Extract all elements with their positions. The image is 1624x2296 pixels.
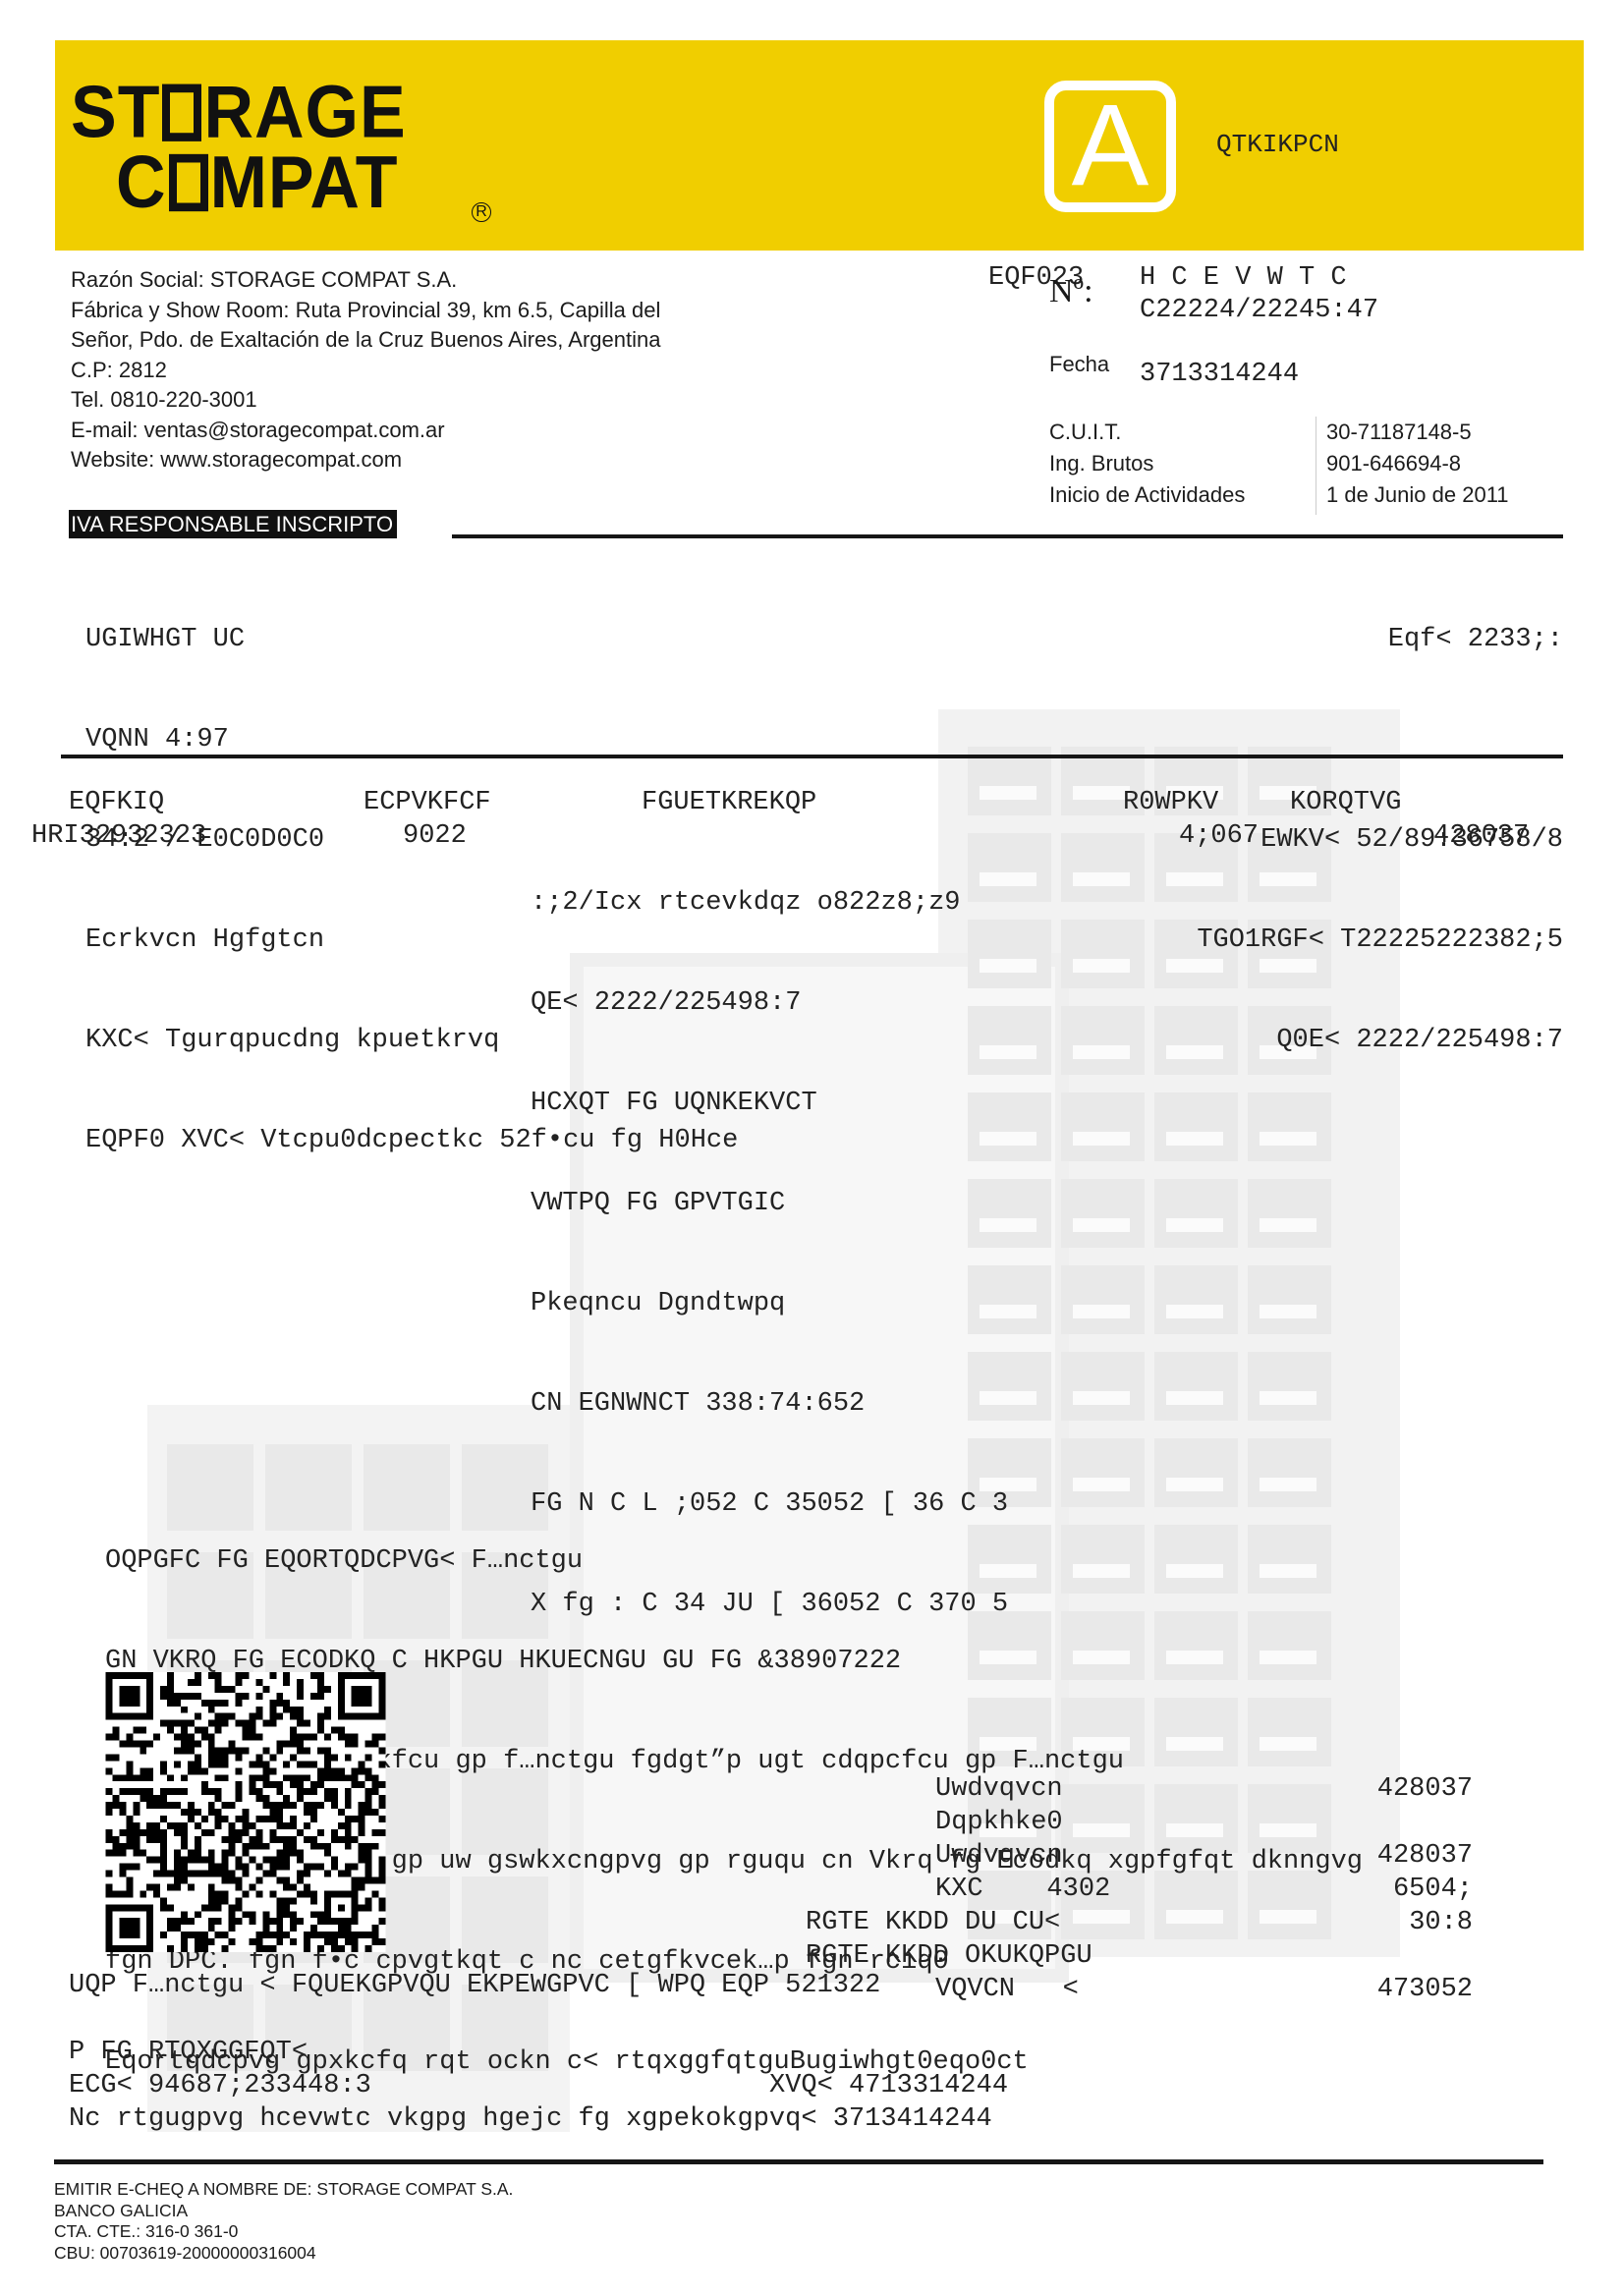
client-line: VQNN 4:97 xyxy=(85,723,738,756)
cae-due-date: XVQ< 4713314244 xyxy=(769,2069,1008,2102)
background-bin-label xyxy=(1073,959,1130,973)
amount-in-words: UQP F…nctgu < FQUEKGPVQU EKPEWGPVC [ WPQ… xyxy=(69,1969,880,2002)
company-website[interactable]: Website: www.storagecompat.com xyxy=(71,445,661,476)
company-info: Razón Social: STORAGE COMPAT S.A. Fábric… xyxy=(71,265,661,476)
invoice-type-spaced: H C E V W T C xyxy=(1140,261,1347,295)
background-bin xyxy=(1061,1006,1145,1075)
background-bin-label xyxy=(1260,1218,1316,1232)
invoice-number: C22224/22245:47 xyxy=(1140,294,1378,327)
background-bin xyxy=(1154,1265,1238,1334)
totals-values: 4280374280376504;30:8473052 xyxy=(1377,1706,1473,2040)
background-bin xyxy=(1061,1265,1145,1334)
invoice-type-letter: A xyxy=(1044,86,1176,204)
totals-value xyxy=(1377,1939,1473,1973)
totals-label: RGTE KKDD OKUKQPGU xyxy=(806,1939,1110,1973)
background-bin-label xyxy=(1073,1218,1130,1232)
client-code: Eqf< 2233;: xyxy=(1197,623,1563,656)
logo-square-icon xyxy=(169,154,208,211)
item-quantity: 9022 xyxy=(403,819,467,853)
table-header-amount: KORQTVG xyxy=(1290,786,1401,819)
fiscal-label-iibb: Ing. Brutos xyxy=(1049,451,1153,476)
qr-code[interactable] xyxy=(103,1672,388,1952)
payment-line: CBU: 00703619-20000000316004 xyxy=(54,2243,513,2265)
company-email[interactable]: E-mail: ventas@storagecompat.com.ar xyxy=(71,416,661,446)
background-bin xyxy=(1248,1265,1331,1334)
fiscal-divider xyxy=(1316,417,1316,515)
brand-logo: STRAGE CMPAT xyxy=(71,77,407,217)
totals-label: RGTE KKDD DU CU< xyxy=(806,1906,1110,1939)
totals-value: 30:8 xyxy=(1377,1906,1473,1939)
background-bin-label xyxy=(1073,786,1130,800)
background-bin xyxy=(1154,1092,1238,1161)
background-bin xyxy=(1061,1352,1145,1421)
iva-status-badge: IVA RESPONSABLE INSCRIPTO xyxy=(69,510,397,538)
date-label: Fecha xyxy=(1049,352,1109,377)
document-kind: QTKIKPCN xyxy=(1216,130,1339,159)
background-bin-label xyxy=(1073,872,1130,886)
background-bin xyxy=(1154,1352,1238,1421)
background-bin-label xyxy=(1260,1391,1316,1405)
invoice-number-label: Nº: xyxy=(1049,273,1093,310)
background-bin-label xyxy=(1073,1045,1130,1059)
company-line: C.P: 2812 xyxy=(71,356,661,386)
fiscal-label-start: Inicio de Actividades xyxy=(1049,482,1245,508)
totals-label: Uwdvqvcn xyxy=(806,1839,1110,1873)
background-bin-label xyxy=(1073,1132,1130,1146)
totals-label: Uwdvqvcn xyxy=(806,1772,1110,1806)
background-bin xyxy=(1248,1179,1331,1248)
background-bin-label xyxy=(1166,1305,1223,1318)
totals-label: Dqpkhke0 xyxy=(806,1806,1110,1839)
note-line: OQPGFC FG EQORTQDCPVG< F…nctgu xyxy=(105,1544,1363,1578)
background-bin-label xyxy=(980,786,1036,800)
totals-value: 6504; xyxy=(1377,1873,1473,1906)
totals-value xyxy=(1377,1806,1473,1839)
payment-line: CTA. CTE.: 316-0 361-0 xyxy=(54,2221,513,2243)
table-header-code: EQFKIQ xyxy=(69,786,164,819)
item-amount: 428037 xyxy=(1433,819,1529,853)
cae-number: ECG< 94687;233448:3 xyxy=(69,2069,371,2102)
fiscal-value-cuit: 30-71187148-5 xyxy=(1326,420,1472,445)
background-bin xyxy=(1061,833,1145,902)
payment-line: EMITIR E-CHEQ A NOMBRE DE: STORAGE COMPA… xyxy=(54,2179,513,2201)
background-bin xyxy=(1154,1179,1238,1248)
fiscal-label-cuit: C.U.I.T. xyxy=(1049,420,1121,445)
background-bin-label xyxy=(1260,1305,1316,1318)
company-line: Razón Social: STORAGE COMPAT S.A. xyxy=(71,265,661,296)
registered-trademark-icon: R xyxy=(472,202,491,222)
totals-value: 473052 xyxy=(1377,1973,1473,2006)
background-bin xyxy=(1061,920,1145,988)
payment-line: BANCO GALICIA xyxy=(54,2201,513,2222)
background-bin xyxy=(1061,1179,1145,1248)
logo-square-icon xyxy=(162,84,201,141)
company-line: Tel. 0810-220-3001 xyxy=(71,385,661,416)
invoice-date: 3713314244 xyxy=(1140,358,1299,391)
background-bin-label xyxy=(1260,1132,1316,1146)
item-code: HRI32932323 xyxy=(31,819,206,853)
company-line: Fábrica y Show Room: Ruta Provincial 39,… xyxy=(71,296,661,326)
background-bin xyxy=(1248,1092,1331,1161)
totals-value: 428037 xyxy=(1377,1839,1473,1873)
divider-top xyxy=(452,534,1563,538)
cae-title: P FG RTQXGGFQT< xyxy=(69,2036,308,2069)
client-order: Q0E< 2222/225498:7 xyxy=(1197,1024,1563,1057)
item-unit-price: 4;067 xyxy=(1179,819,1259,853)
client-remito: TGO1RGF< T22225222382;5 xyxy=(1197,924,1563,957)
background-bin xyxy=(1061,1092,1145,1161)
totals-label: KXC 4302 xyxy=(806,1873,1110,1906)
background-bin-label xyxy=(1166,1391,1223,1405)
fiscal-value-iibb: 901-646694-8 xyxy=(1326,451,1461,476)
payment-instructions: EMITIR E-CHEQ A NOMBRE DE: STORAGE COMPA… xyxy=(54,2179,513,2264)
divider-footer xyxy=(54,2159,1543,2164)
background-bin xyxy=(1248,1352,1331,1421)
table-header-quantity: ECPVKFCF xyxy=(364,786,491,819)
totals-value: 428037 xyxy=(1377,1772,1473,1806)
client-line: UGIWHGT UC xyxy=(85,623,738,656)
background-bin-label xyxy=(1166,1132,1223,1146)
payment-due-line: Nc rtgugpvg hcevwtc vkgpg hgejc fg xgpek… xyxy=(69,2102,992,2136)
background-bin-label xyxy=(1073,1305,1130,1318)
company-line: Señor, Pdo. de Exaltación de la Cruz Bue… xyxy=(71,325,661,356)
table-header-description: FGUETKREKQP xyxy=(642,786,816,819)
divider-client xyxy=(61,755,1563,758)
background-bin-label xyxy=(1166,1218,1223,1232)
table-header-unit-price: R0WPKV xyxy=(1123,786,1218,819)
background-bin-label xyxy=(1073,1391,1130,1405)
fiscal-value-start: 1 de Junio de 2011 xyxy=(1326,482,1509,508)
